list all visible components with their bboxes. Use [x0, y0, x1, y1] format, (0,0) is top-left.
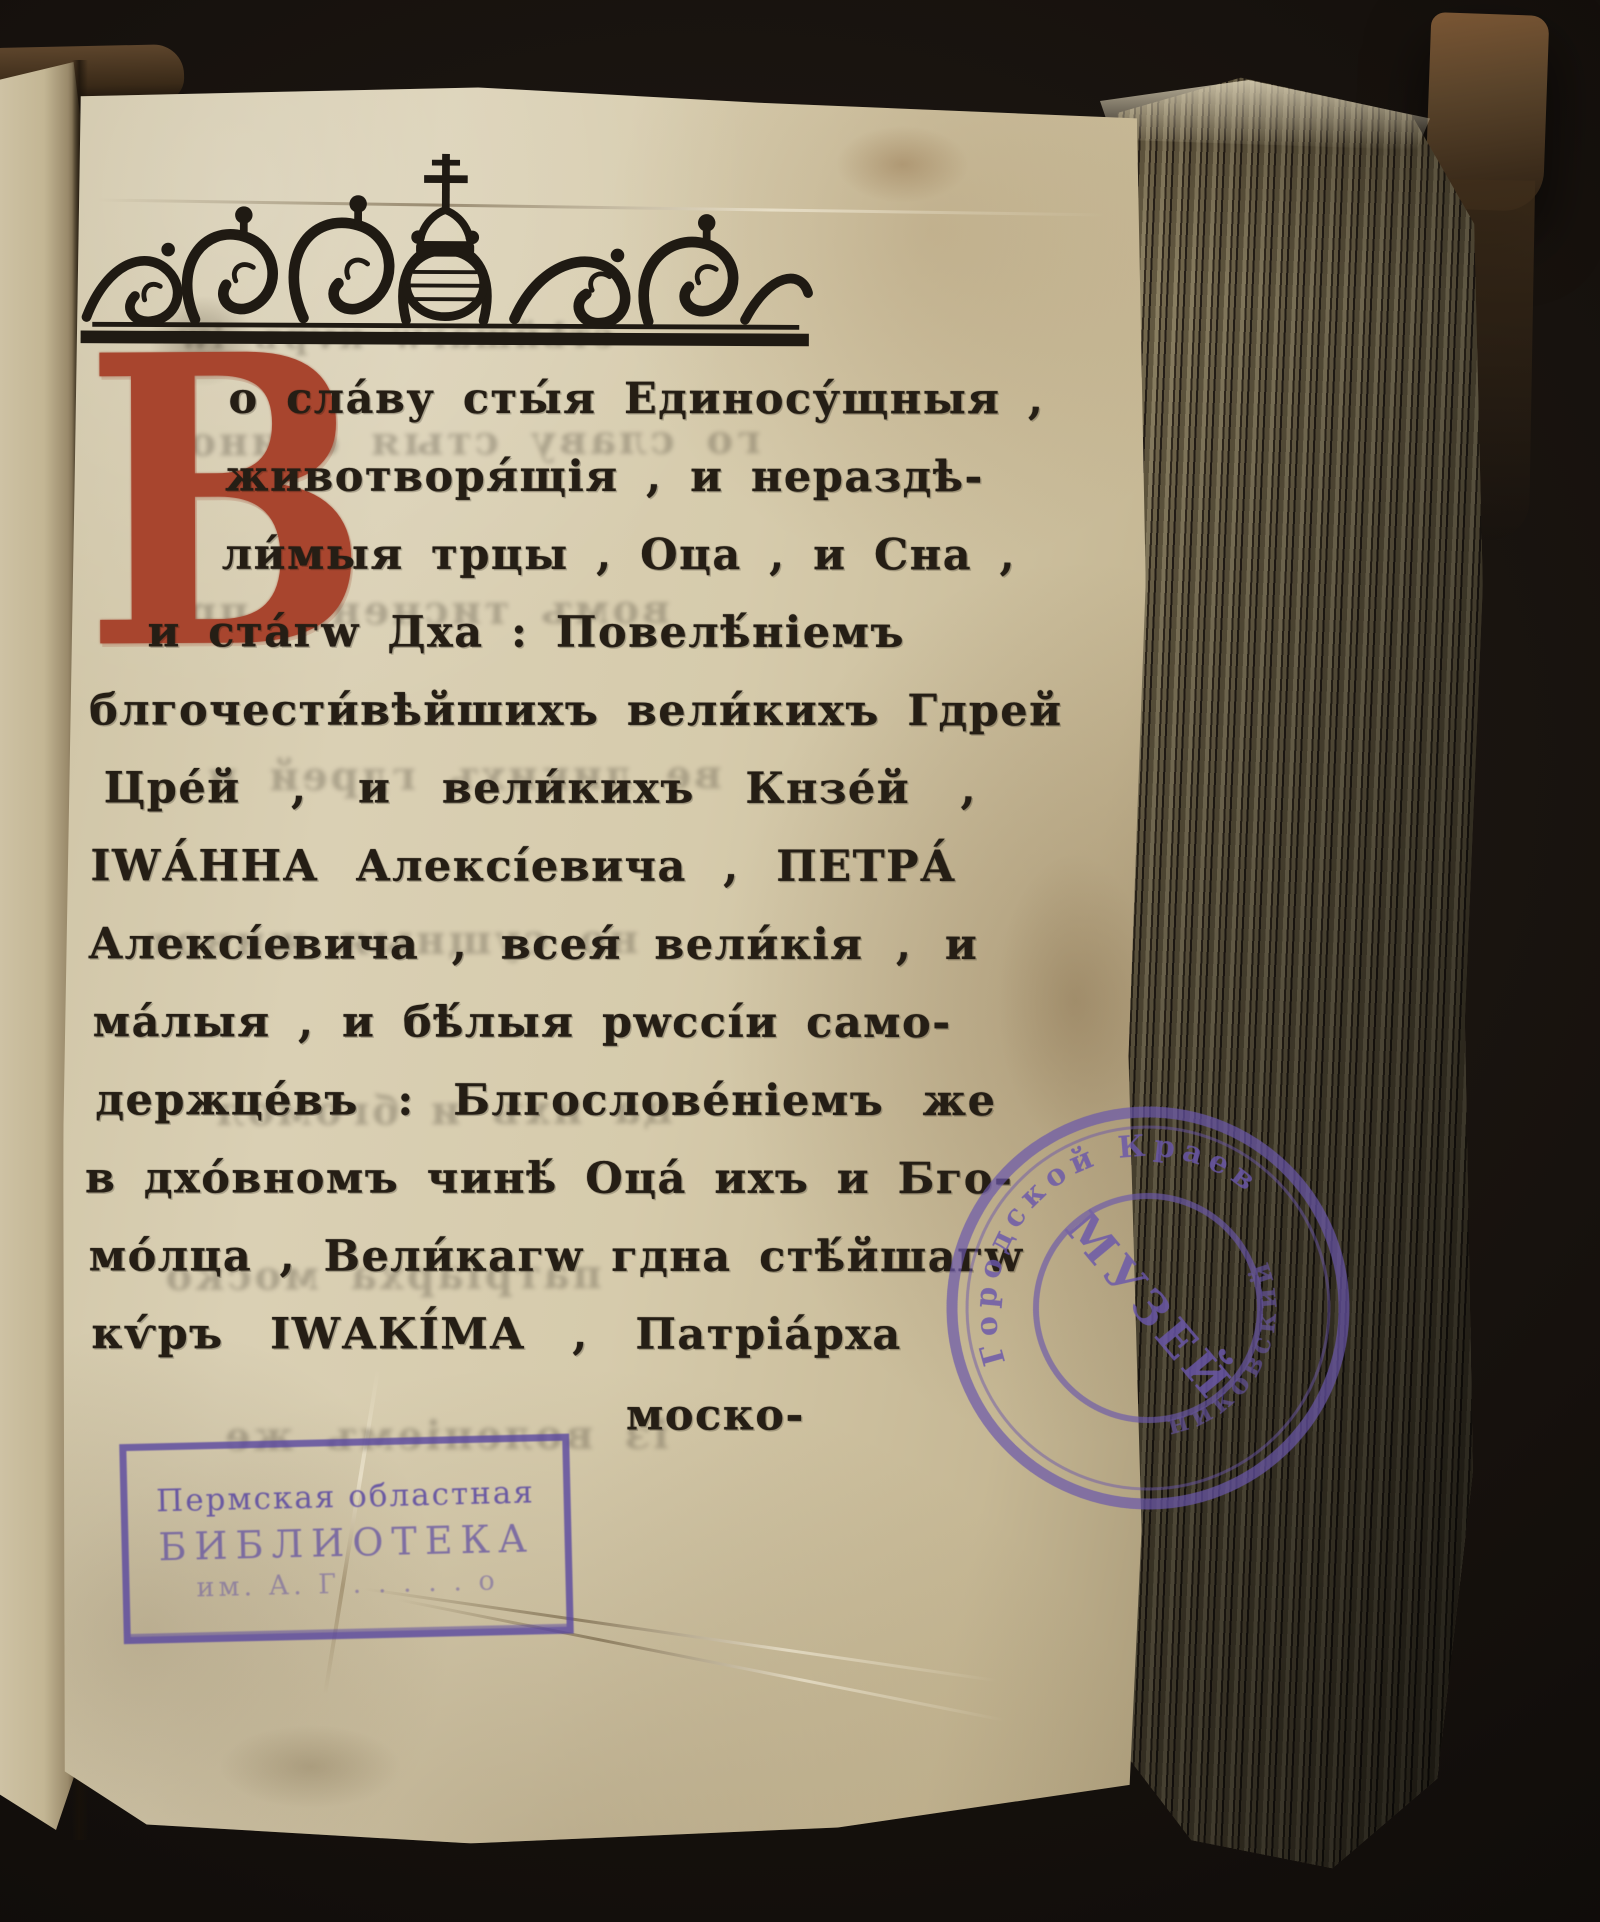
text-line: держце́въ : Блгослове́ніемъ же — [95, 1075, 996, 1126]
text-line: животворя́щія , и нераздѣ- — [225, 452, 984, 503]
paper-stain — [180, 1706, 441, 1827]
text-line: кѵ́ръ ІWАКІ́МА , Патріа́рха — [91, 1309, 901, 1360]
fore-edge-highlight — [1100, 80, 1430, 150]
text-line: в дхо́вномъ чинѣ́ Оца́ ихъ и Бго- — [85, 1153, 1013, 1204]
text-line: моско- — [626, 1390, 805, 1440]
text-line: о сла́ву сты́я Единосу́щныя , — [228, 374, 1044, 425]
text-line: Цре́й , и вели́кихъ Кнзе́й , — [104, 763, 977, 814]
library-stamp-line: Пермская областная — [156, 1474, 535, 1519]
cross-icon — [424, 154, 468, 212]
museum-stamp-center-text: МУЗЕЙ — [1055, 1199, 1247, 1412]
text-line: ли́мыя трцы , Оца , и Сна , — [222, 530, 1016, 581]
fore-edge-page-stack — [1102, 77, 1487, 1888]
text-line: и ста́гw Дха : Повелѣ́ніемъ — [147, 607, 905, 658]
title-text-block: В о сла́ву сты́я Единосу́щныя , животвор… — [84, 358, 879, 1481]
library-stamp-line: им. А. Г . . . . . о — [196, 1565, 499, 1603]
text-line: блгочести́вѣйшихъ вели́кихъ Гдрей — [89, 685, 1062, 736]
text-line: ІWА́ННА Алексі́евича , ПЕТРА́ — [90, 841, 956, 892]
library-stamp: Пермская областная БИБЛИОТЕКА им. А. Г .… — [119, 1434, 574, 1645]
library-stamp-line: БИБЛИОТЕКА — [158, 1516, 535, 1569]
book-page: го славу стыя едино вомъ тисненїи про ве… — [60, 86, 1148, 1847]
paper-stain — [807, 109, 997, 220]
book-photograph: го славу стыя едино вомъ тисненїи про ве… — [0, 0, 1600, 1922]
text-line: Алексі́евича , всея́ вели́кія , и — [88, 919, 978, 970]
text-line: ма́лыя , и бѣ́лыя рwссі́и само- — [93, 997, 952, 1048]
